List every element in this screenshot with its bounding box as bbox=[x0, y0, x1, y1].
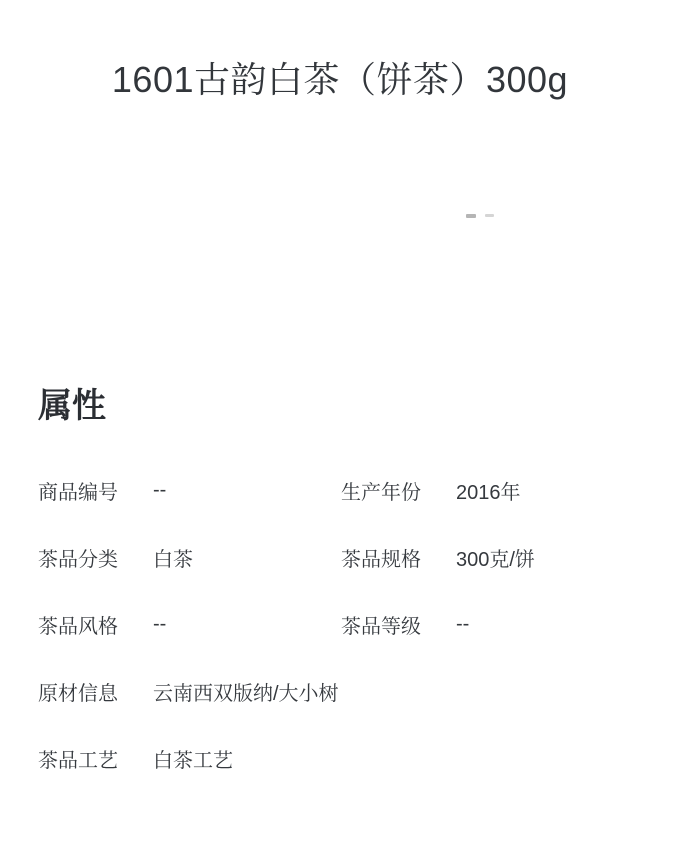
attribute-label: 茶品等级 bbox=[341, 610, 456, 639]
attribute-item-tea-category: 茶品分类 白茶 bbox=[38, 545, 341, 569]
attribute-value: 2016年 bbox=[456, 476, 521, 505]
attribute-row: 茶品分类 白茶 茶品规格 300克/饼 bbox=[38, 545, 648, 569]
artifact-dash-icon bbox=[485, 214, 494, 217]
page-title: 1601古韵白茶（饼茶）300g bbox=[0, 52, 680, 103]
attribute-label: 茶品规格 bbox=[341, 543, 456, 572]
attribute-label: 茶品工艺 bbox=[38, 744, 153, 773]
attribute-item-raw-material: 原材信息 云南西双版纳/大小树 bbox=[38, 679, 648, 703]
faint-artifact-marks bbox=[465, 213, 505, 219]
attribute-item-production-year: 生产年份 2016年 bbox=[341, 478, 648, 502]
product-detail-page: 1601古韵白茶（饼茶）300g 属性 商品编号 -- 生产年份 2016年 茶… bbox=[0, 0, 680, 850]
attribute-label: 原材信息 bbox=[38, 677, 153, 706]
attribute-label: 商品编号 bbox=[38, 476, 153, 505]
attribute-label: 茶品分类 bbox=[38, 543, 153, 572]
attribute-value: -- bbox=[153, 613, 166, 636]
attributes-section-heading: 属性 bbox=[38, 378, 106, 427]
attribute-label: 生产年份 bbox=[341, 476, 456, 505]
attribute-value: 白茶 bbox=[153, 543, 193, 572]
attribute-value: 云南西双版纳/大小树 bbox=[153, 677, 339, 706]
attribute-item-product-code: 商品编号 -- bbox=[38, 478, 341, 502]
attributes-list: 商品编号 -- 生产年份 2016年 茶品分类 白茶 茶品规格 300克/饼 茶… bbox=[38, 478, 648, 813]
attribute-row: 茶品风格 -- 茶品等级 -- bbox=[38, 612, 648, 636]
artifact-dash-icon bbox=[466, 214, 476, 218]
attribute-item-tea-style: 茶品风格 -- bbox=[38, 612, 341, 636]
attribute-value: 300克/饼 bbox=[456, 543, 535, 572]
attribute-label: 茶品风格 bbox=[38, 610, 153, 639]
attribute-item-tea-spec: 茶品规格 300克/饼 bbox=[341, 545, 648, 569]
attribute-row: 茶品工艺 白茶工艺 bbox=[38, 746, 648, 770]
attribute-item-tea-craft: 茶品工艺 白茶工艺 bbox=[38, 746, 648, 770]
attribute-value: -- bbox=[456, 613, 469, 636]
attribute-row: 商品编号 -- 生产年份 2016年 bbox=[38, 478, 648, 502]
attribute-value: -- bbox=[153, 479, 166, 502]
attribute-item-tea-grade: 茶品等级 -- bbox=[341, 612, 648, 636]
attribute-value: 白茶工艺 bbox=[153, 744, 233, 773]
attribute-row: 原材信息 云南西双版纳/大小树 bbox=[38, 679, 648, 703]
